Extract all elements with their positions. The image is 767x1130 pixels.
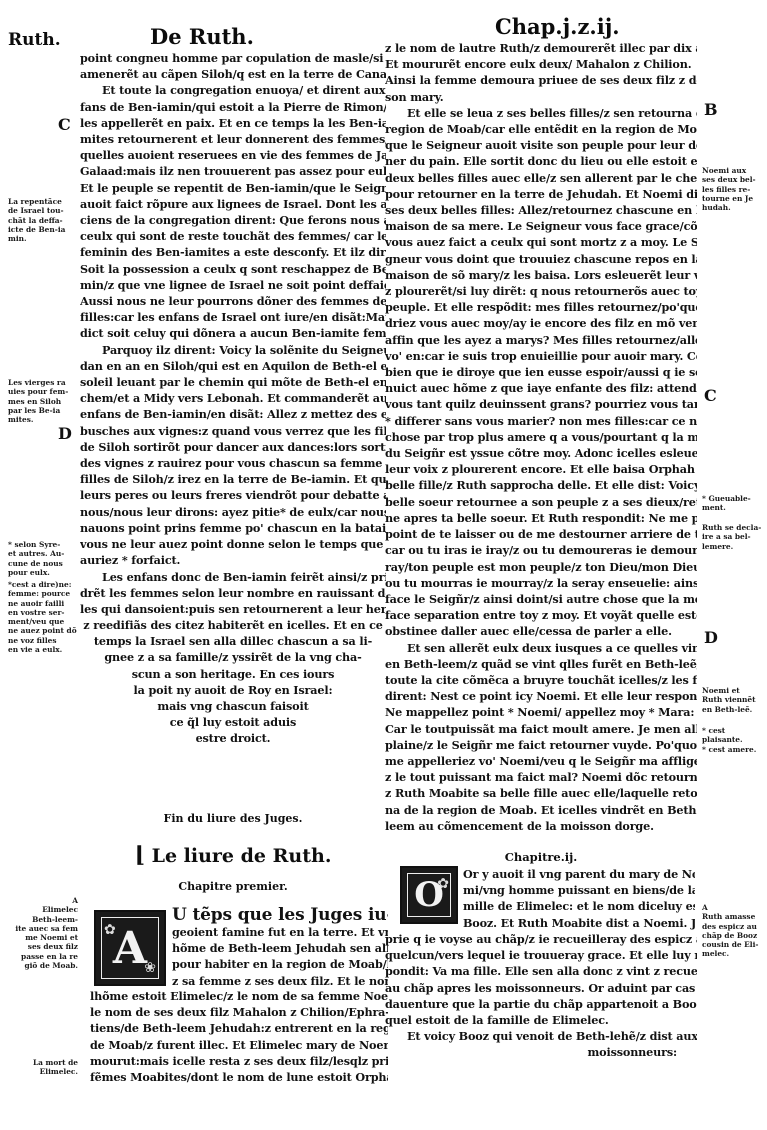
text-line: tiens/de Beth-leem Jehudah:z entrerent e… (90, 1020, 388, 1036)
text-line: driez vous auec moy/ay ie encore des fil… (385, 315, 697, 331)
margin-note: Noemi et Ruth viennẽt en Beth-leẽ. (702, 686, 764, 714)
initial-letter: A (113, 923, 147, 974)
text-line: affin que les ayez a marys? Mes filles r… (385, 332, 697, 348)
text-line: vous auez faict a ceulx qui sont mortz z… (385, 234, 697, 250)
text-line: leurs peres ou leurs freres viendrõt pou… (80, 487, 386, 503)
text-line: car ou tu iras ie iray/z ou tu demourera… (385, 542, 697, 558)
text-line: point congneu homme par copulation de ma… (80, 50, 386, 66)
text-line: Soit la possession a ceulx q sont rescha… (80, 261, 386, 277)
text-line: lhõme estoit Elimelec/z le nom de sa fem… (90, 988, 388, 1004)
text-line: mi/vng homme puissant en biens/de la fa- (463, 882, 695, 898)
text-line: au chãp apres les moissonneurs. Or aduin… (385, 980, 697, 996)
text-line: Booz. Et Ruth Moabite dist a Noemi. Je t… (463, 915, 695, 931)
chapter-two-body: prie q ie voyse au chãp/z ie recueillera… (385, 931, 697, 1061)
text-line: pour habiter en la region de Moab/luy (172, 956, 388, 972)
section-letter-marker: C (704, 386, 717, 405)
text-line: mites retournerent et leur donnerent des… (80, 131, 386, 147)
text-line: peuple. Et elle respõdit: mes filles ret… (385, 299, 697, 315)
text-line: drẽt les femmes selon leur nombre en rau… (80, 585, 386, 601)
book-page-scan: Ruth. De Ruth. Chap.j.z.ij. point congne… (0, 0, 767, 1130)
decorated-initial-left: ✿ ❀ A (94, 910, 166, 986)
text-line: z le tout puissant ma faict mal? Noemi d… (385, 769, 697, 785)
text-line: z reedifiãs des citez habiterẽt en icell… (80, 617, 386, 633)
text-line: Ainsi la femme demoura priuee de ses deu… (385, 72, 697, 88)
text-line: chem/et a Midy vers Lebonah. Et commande… (80, 390, 386, 406)
text-line: toute la cite cõmẽca a bruyre touchãt ic… (385, 672, 697, 688)
book-title-text: Le liure de Ruth. (152, 845, 332, 867)
text-line: mourut:mais icelle resta z ses deux filz… (90, 1053, 388, 1069)
text-line: fẽmes Moabites/dont le nom de lune estoi… (90, 1069, 388, 1085)
text-line: feminin des Ben-iamites a este desconfy.… (80, 244, 386, 260)
text-line: ce q̃l luy estoit aduis (80, 714, 386, 730)
text-line: pour retourner en la terre de Jehudah. E… (385, 186, 697, 202)
text-line: gnee z a sa famille/z yssirẽt de la vng … (80, 649, 386, 665)
text-line: nauons point prins femme po' chascun en … (80, 520, 386, 536)
margin-note: Noemi aux ses deux bel- les filles re- t… (702, 166, 764, 212)
text-line: son mary. (385, 89, 697, 105)
section-letter-marker: D (58, 424, 72, 443)
text-line: z plourerẽt/si luy dirẽt: q nous retourn… (385, 283, 697, 299)
text-line: leem au cõmencement de la moisson dorge. (385, 818, 697, 834)
text-line: filles de Siloh/z irez en la terre de Be… (80, 471, 386, 487)
margin-note: A Ruth amasse des espicz au chãp de Booz… (702, 903, 764, 959)
text-line: Ne mappellez point * Noemi/ appellez moy… (385, 704, 697, 720)
text-line: Et voicy Booz qui venoit de Beth-lehẽ/z … (385, 1028, 697, 1044)
text-line: nuict auec hõme z que iaye enfante des f… (385, 380, 697, 396)
margin-note: * Gueuable- ment. (702, 494, 764, 513)
left-taper-block: z reedifiãs des citez habiterẽt en icell… (80, 617, 386, 747)
text-line: Galaad:mais ilz nen trouuerent pas assez… (80, 163, 386, 179)
text-line: z Ruth Moabite sa belle fille auec elle/… (385, 785, 697, 801)
text-line: moissonneurs: (385, 1044, 697, 1060)
text-line: region de Moab/car elle entẽdit en la re… (385, 121, 697, 137)
text-line: maison de sõ mary/z les baisa. Lors esle… (385, 267, 697, 283)
text-line: enfans de Ben-iamin/en disãt: Allez z me… (80, 406, 386, 422)
chapter-two-heading: Chapitre.ij. (385, 850, 697, 864)
end-of-judges-line: Fin du liure des Juges. (80, 812, 386, 825)
text-line: face separation entre toy z moy. Et voyã… (385, 607, 697, 623)
text-line: vous tant quilz deuinssent grans? pourri… (385, 396, 697, 412)
text-line: quelcun/vers lequel ie trouueray grace. … (385, 947, 697, 963)
running-head-center: De Ruth. (150, 24, 254, 49)
text-line: les qui dansoient:puis sen retournerent … (80, 601, 386, 617)
text-line: la poit ny auoit de Roy en Israel: (80, 682, 386, 698)
text-line: amenerẽt au cãpen Siloh/q est en la terr… (80, 66, 386, 82)
paragraph-mark-icon: ⌊ (135, 842, 145, 868)
text-line: pondit: Va ma fille. Elle sen alla donc … (385, 963, 697, 979)
text-line: Aussi nous ne leur pourrons dõner des fe… (80, 293, 386, 309)
text-line: chose par trop plus amere q a vous/pourt… (385, 429, 697, 445)
text-line: obstinee daller auec elle/cessa de parle… (385, 623, 697, 639)
text-line: Or y auoit il vng parent du mary de Noe- (463, 866, 695, 882)
text-line: filles:car les enfans de Israel ont iure… (80, 309, 386, 325)
right-text-column: z le nom de lautre Ruth/z demourerẽt ill… (385, 40, 697, 834)
text-line: * differer sans vous marier? non mes fil… (385, 413, 697, 429)
margin-note: * cest plaisante. * cest amere. (702, 726, 764, 754)
margin-note: Ruth se decla- ire a sa bel- lemere. (702, 523, 764, 551)
text-line: auoit faict rõpure aux lignees de Israel… (80, 196, 386, 212)
section-letter-marker: D (704, 628, 718, 647)
text-line: des vignes z rauirez pour vous chascun s… (80, 455, 386, 471)
text-line: ciens de la congregation dirent: Que fer… (80, 212, 386, 228)
text-line: Et toute la congregation enuoya/ et dire… (80, 82, 386, 98)
left-text-column: point congneu homme par copulation de ma… (80, 50, 386, 617)
text-line: z le nom de lautre Ruth/z demourerẽt ill… (385, 40, 697, 56)
chapter-one-opening: U tẽps que les Juges iu-geoient famine f… (172, 906, 388, 989)
text-line: ceulx qui sont de reste touchãt des femm… (80, 228, 386, 244)
text-line: Et sen allerẽt eulx deux iusques a ce qu… (385, 640, 697, 656)
text-line: quel estoit de la famille de Elimelec. (385, 1012, 697, 1028)
text-line: Car le toutpuissãt ma faict moult amere.… (385, 721, 697, 737)
text-line: auriez * forfaict. (80, 552, 386, 568)
section-letter-marker: C (58, 115, 71, 134)
initial-letter: O (414, 875, 444, 915)
text-line: en Beth-leem/z quãd se vint qlles furẽt … (385, 656, 697, 672)
text-line: geoient famine fut en la terre. Et vng (172, 924, 388, 940)
text-line: leur voix z plourerent encore. Et elle b… (385, 461, 697, 477)
text-line: U tẽps que les Juges iu- (172, 906, 388, 924)
text-line: ne apres ta belle soeur. Et Ruth respond… (385, 510, 697, 526)
text-line: estre droict. (80, 730, 386, 746)
text-line: busches aux vignes:z quand vous verrez q… (80, 423, 386, 439)
text-line: Et le peuple se repentit de Ben-iamin/qu… (80, 180, 386, 196)
text-line: point de te laisser ou de me destourner … (385, 526, 697, 542)
running-head-left: Ruth. (8, 30, 61, 50)
text-line: ray/ton peuple est mon peuple/z ton Dieu… (385, 559, 697, 575)
margin-note: La repentãce de Israel tou- chãt la deff… (8, 197, 78, 243)
text-line: mais vng chascun faisoit (80, 698, 386, 714)
text-line: dan en an en Siloh/qui est en Aquilon de… (80, 358, 386, 374)
text-line: soleil leuant par le chemin qui mõte de … (80, 374, 386, 390)
text-line: Et moururẽt encore eulx deux/ Mahalon z … (385, 56, 697, 72)
text-line: du Seigñr est yssue cõtre moy. Adonc ice… (385, 445, 697, 461)
text-line: dauenture que la partie du chãp apparten… (385, 996, 697, 1012)
margin-note: * selon Syre- et autres. Au- cune de nou… (8, 540, 78, 577)
text-line: Parquoy ilz dirent: Voicy la solẽnite du… (80, 342, 386, 358)
text-line: le nom de ses deux filz Mahalon z Chilio… (90, 1004, 388, 1020)
text-line: na de la region de Moab. Et icelles vind… (385, 802, 697, 818)
text-line: z sa femme z ses deux filz. Et le nom de (172, 973, 388, 989)
decorated-initial-right: ✿ O (400, 866, 458, 924)
text-line: vo' en:car ie suis trop enuieillie pour … (385, 348, 697, 364)
book-title: ⌊ Le liure de Ruth. (80, 842, 386, 868)
text-line: ses deux belles filles: Allez/retournez … (385, 202, 697, 218)
text-line: vous ne leur auez point donne selon le t… (80, 536, 386, 552)
text-line: fans de Ben-iamin/qui estoit a la Pierre… (80, 99, 386, 115)
text-line: belle fille/z Ruth sapprocha delle. Et e… (385, 477, 697, 493)
margin-note: A Elimelec Beth-leem- ite auec sa fem me… (8, 896, 78, 970)
text-line: quelles auoient reseruees en vie des fem… (80, 147, 386, 163)
text-line: hõme de Beth-leem Jehudah sen alla (172, 940, 388, 956)
margin-note: Les vierges ra uies pour fem- mes en Sil… (8, 378, 78, 424)
text-line: les appellerẽt en paix. Et en ce temps l… (80, 115, 386, 131)
text-line: ou tu mourras ie mourray/z la seray ense… (385, 575, 697, 591)
running-head-right: Chap.j.z.ij. (495, 14, 620, 39)
margin-note: La mort de Elimelec. (8, 1058, 78, 1077)
text-line: belle soeur retournee a son peuple z a s… (385, 494, 697, 510)
text-line: temps la Israel sen alla dillec chascun … (80, 633, 386, 649)
chapter-one-body: lhõme estoit Elimelec/z le nom de sa fem… (90, 988, 388, 1085)
text-line: min/z que vne lignee de Israel ne soit p… (80, 277, 386, 293)
chapter-two-opening: Or y auoit il vng parent du mary de Noe-… (463, 866, 695, 931)
text-line: scun a son heritage. En ces iours (80, 666, 386, 682)
text-line: prie q ie voyse au chãp/z ie recueillera… (385, 931, 697, 947)
text-line: que le Seigneur auoit visite son peuple … (385, 137, 697, 153)
text-line: maison de sa mere. Le Seigneur vous face… (385, 218, 697, 234)
section-letter-marker: B (704, 100, 718, 119)
text-line: Et elle se leua z ses belles filles/z se… (385, 105, 697, 121)
text-line: mille de Elimelec: et le nom diceluy est… (463, 898, 695, 914)
chapter-one-heading: Chapitre premier. (80, 880, 386, 893)
text-line: deux belles filles auec elle/z sen aller… (385, 170, 697, 186)
text-line: bien que ie diroye que ien eusse espoir/… (385, 364, 697, 380)
text-line: me appelleriez vo' Noemi/veu q le Seigñr… (385, 753, 697, 769)
text-line: gneur vous doint que trouuiez chascune r… (385, 251, 697, 267)
text-line: ner du pain. Elle sortit donc du lieu ou… (385, 153, 697, 169)
text-line: de Moab/z furent illec. Et Elimelec mary… (90, 1037, 388, 1053)
text-line: dict soit celuy qui dõnera a aucun Ben-i… (80, 325, 386, 341)
text-line: plaine/z le Seigñr me faict retourner vu… (385, 737, 697, 753)
text-line: dirent: Nest ce point icy Noemi. Et elle… (385, 688, 697, 704)
text-line: face le Seigñr/z ainsi doint/si autre ch… (385, 591, 697, 607)
text-line: Les enfans donc de Ben-iamin feirẽt ains… (80, 569, 386, 585)
text-line: nous/nous leur dirons: ayez pitie* de eu… (80, 504, 386, 520)
margin-note: *cest a dire)ne: femme: pource ne auoir … (8, 580, 78, 654)
text-line: de Siloh sortirõt pour dancer aux dances… (80, 439, 386, 455)
